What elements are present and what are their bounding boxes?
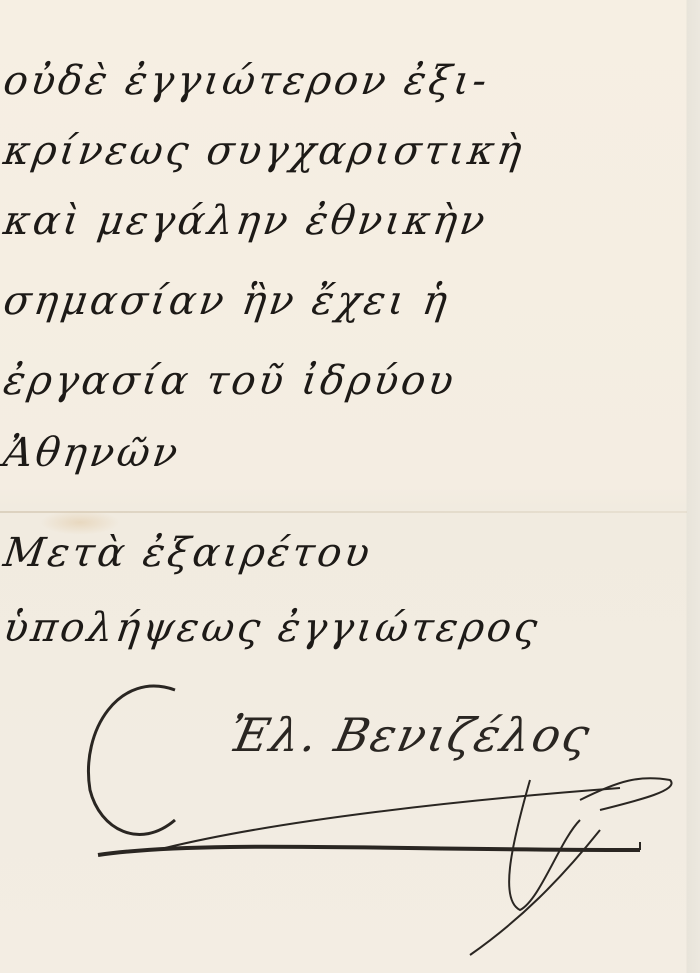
signature-name: Ἐλ. Βενιζέλος <box>224 708 596 762</box>
letter-line-3: καὶ μεγάλην ἐθνικὴν <box>1 198 491 244</box>
signature: Ἐλ. Βενιζέλος <box>80 670 680 960</box>
letter-line-8: ὑπολήψεως ἐγγιώτερος <box>1 605 543 651</box>
letter-line-6: Ἀθηνῶν <box>1 430 184 476</box>
letter-line-1: οὐδὲ ἐγγιώτερον ἐξι- <box>1 58 493 104</box>
letter-line-7: Μετὰ ἐξαιρέτου <box>1 530 375 576</box>
letter-line-2: κρίνεως συγχαριστικὴ <box>1 128 528 174</box>
letter-line-5: ἐργασία τοῦ ἰδρύου <box>1 358 459 404</box>
letter-page: οὐδὲ ἐγγιώτερον ἐξι- κρίνεως συγχαριστικ… <box>0 0 700 973</box>
letter-line-4: σημασίαν ἣν ἔχει ἡ <box>1 278 453 324</box>
